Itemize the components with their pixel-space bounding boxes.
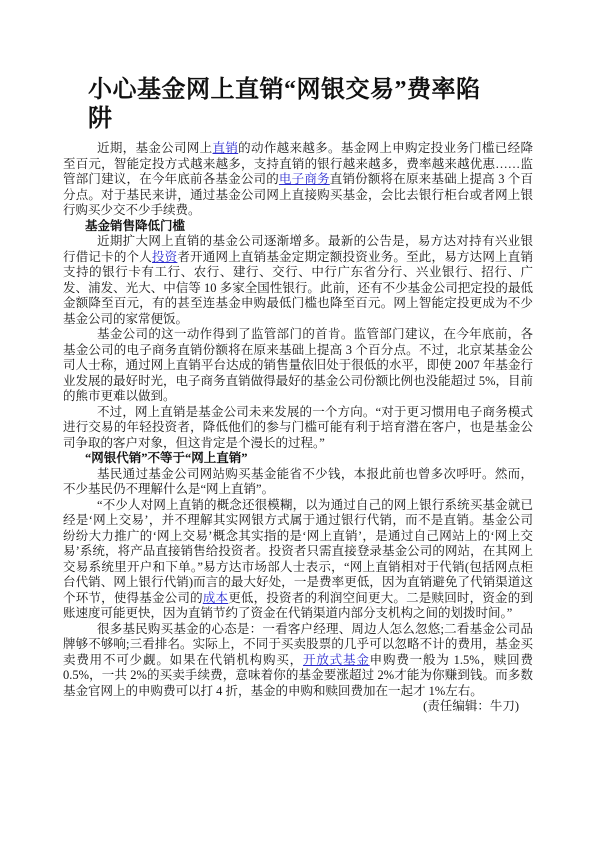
text-run: 基民通过基金公司网站购买基金能省不少钱，本报此前也曾多次呼吁。然而，不少基民仍不… (63, 467, 533, 497)
section-heading: 基金销售降低门槛 (85, 219, 533, 235)
paragraph: 基民通过基金公司网站购买基金能省不少钱，本报此前也曾多次呼吁。然而，不少基民仍不… (63, 467, 533, 498)
paragraph: 很多基民购买基金的心态是：一看客户经理、周边人怎么忽悠;二看基金公司品牌够不够响… (63, 622, 533, 700)
inline-link[interactable]: 成本 (203, 591, 228, 605)
text-run: 基金销售降低门槛 (85, 219, 185, 233)
paragraph: 近期扩大网上直销的基金公司逐渐增多。最新的公告是，易方达对持有兴业银行借记卡的个… (63, 234, 533, 327)
paragraph: 不过，网上直销是基金公司未来发展的一个方向。“对于更习惯用电子商务模式进行交易的… (63, 405, 533, 452)
paragraph: “不少人对网上直销的概念还很模糊，以为通过自己的网上银行系统买基金就已经是‘网上… (63, 498, 533, 622)
article-title: 小心基金网上直销“网银交易”费率陷 阱 (88, 76, 533, 134)
text-run: “网银代销”不等于“网上直销” (85, 451, 248, 465)
inline-link[interactable]: 直销 (213, 141, 239, 155)
text-run: (责任编辑：牛刀) (423, 699, 519, 713)
editor-note: (责任编辑：牛刀) (63, 699, 533, 715)
article-body: 近期，基金公司网上直销的动作越来越多。基金网上申购定投业务门槛已经降至百元，智能… (63, 141, 533, 715)
article: 小心基金网上直销“网银交易”费率陷 阱 近期，基金公司网上直销的动作越来越多。基… (63, 76, 533, 715)
text-run: 近期，基金公司网上 (97, 141, 213, 155)
inline-link[interactable]: 电子商务 (279, 172, 330, 186)
paragraph: 近期，基金公司网上直销的动作越来越多。基金网上申购定投业务门槛已经降至百元，智能… (63, 141, 533, 219)
paragraph: 基金公司的这一动作得到了监管部门的首肯。监管部门建议，在今年底前，各基金公司的电… (63, 327, 533, 405)
text-run: 不过，网上直销是基金公司未来发展的一个方向。“对于更习惯用电子商务模式进行交易的… (63, 405, 533, 450)
inline-link[interactable]: 开放式基金 (303, 653, 370, 667)
text-run: “不少人对网上直销的概念还很模糊，以为通过自己的网上银行系统买基金就已经是‘网上… (63, 498, 533, 605)
text-run: 基金公司的这一动作得到了监管部门的首肯。监管部门建议，在今年底前，各基金公司的电… (63, 327, 533, 403)
inline-link[interactable]: 投资 (152, 250, 177, 264)
section-heading: “网银代销”不等于“网上直销” (85, 451, 533, 467)
document-page: 小心基金网上直销“网银交易”费率陷 阱 近期，基金公司网上直销的动作越来越多。基… (0, 0, 595, 842)
